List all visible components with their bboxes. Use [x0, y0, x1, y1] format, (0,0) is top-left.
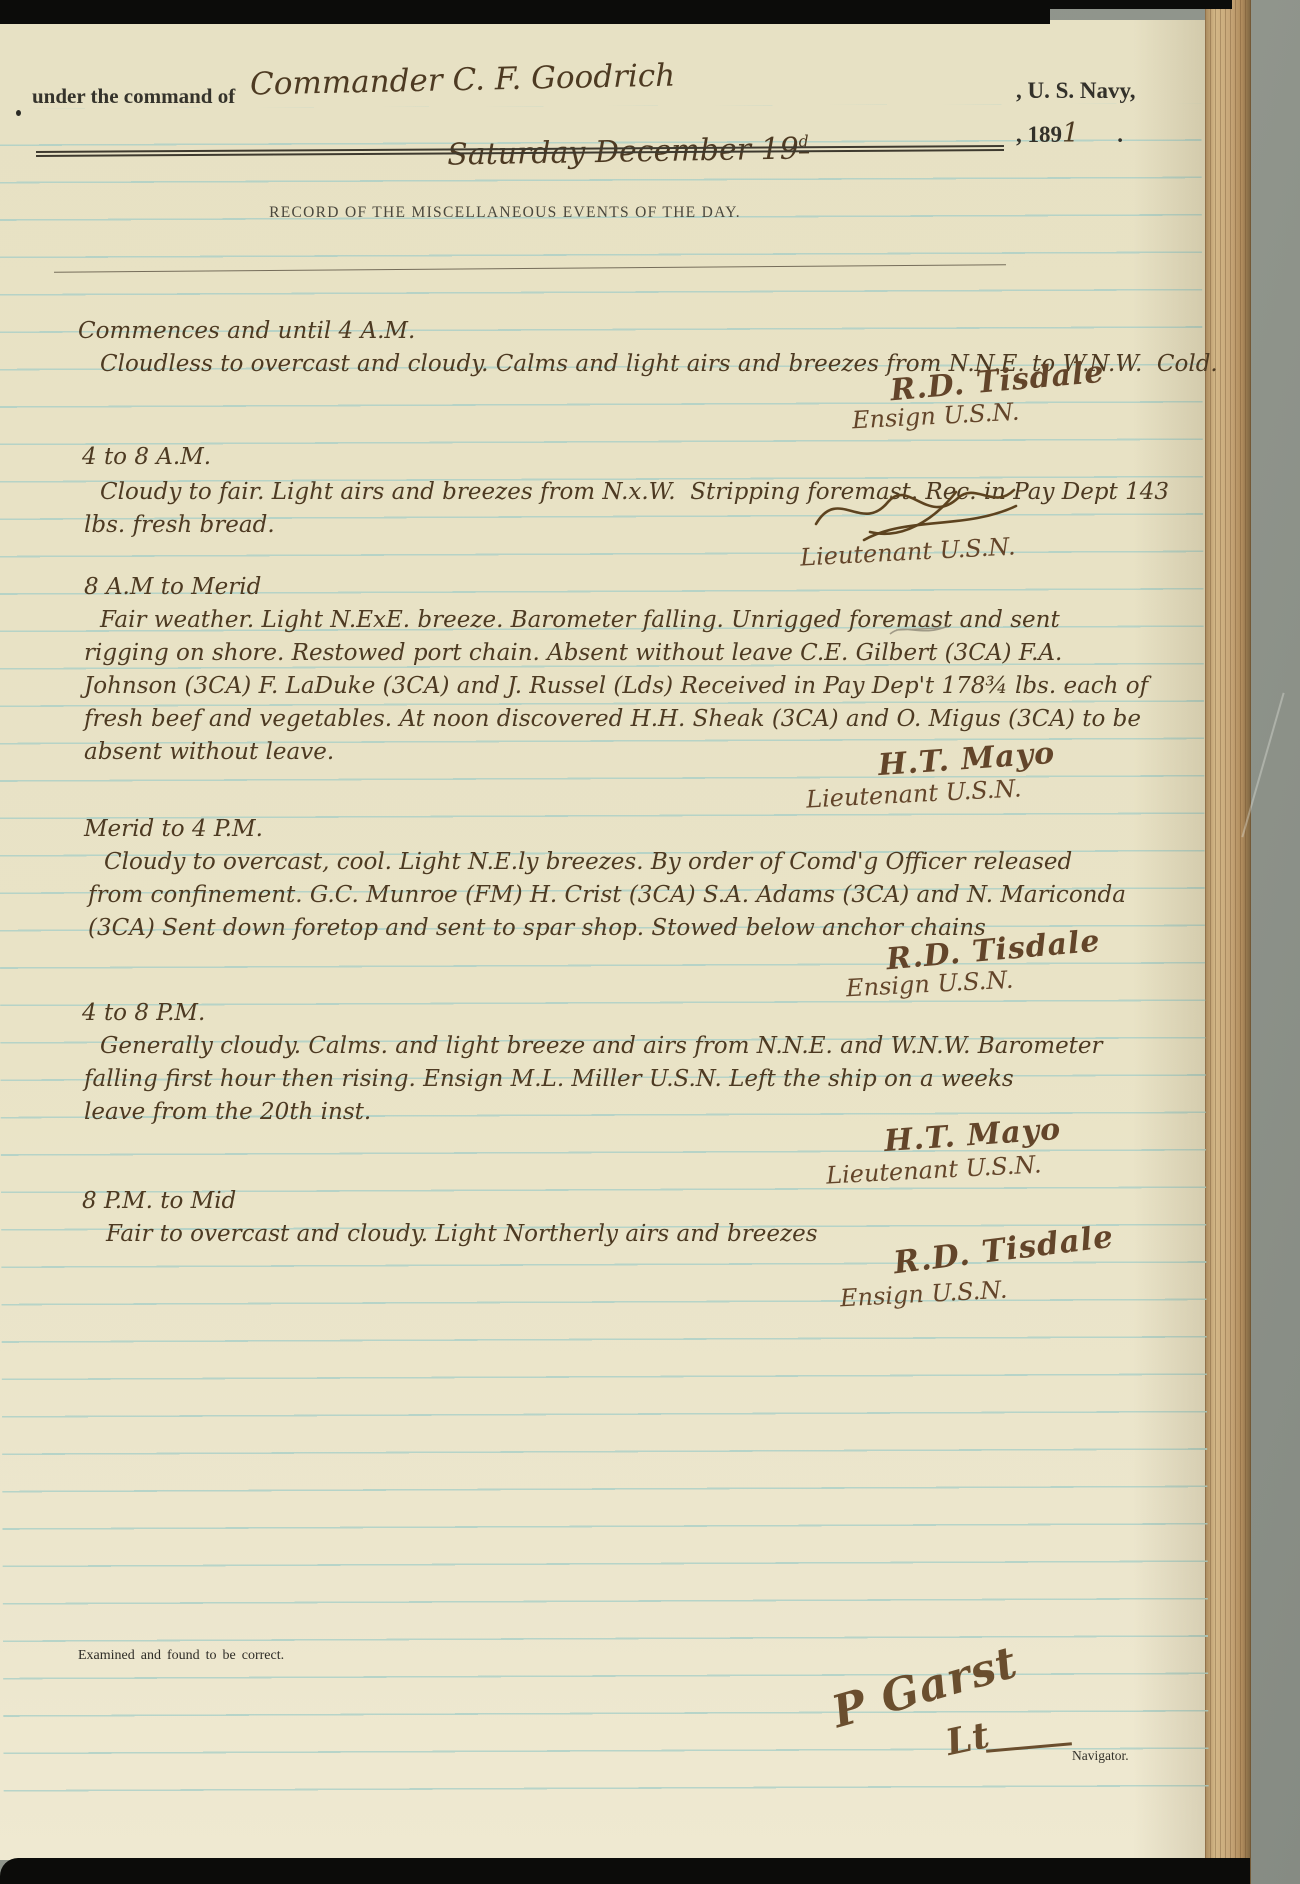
- entry-heading: Merid to 4 P.M.: [84, 816, 263, 842]
- preprinted-period: .: [1117, 122, 1123, 148]
- page-curl-shade: [1133, 20, 1205, 1860]
- entry-line: Generally cloudy. Calms. and light breez…: [100, 1030, 1103, 1063]
- navigator-label: Navigator.: [1072, 1748, 1129, 1764]
- preprinted-navy-label: , U. S. Navy,: [1016, 78, 1136, 104]
- examined-label: Examined and found to be correct.: [78, 1648, 284, 1664]
- ink-speck: [16, 110, 21, 116]
- entry-heading: 4 to 8 P.M.: [82, 1000, 205, 1026]
- top-black-strip: [0, 0, 1050, 24]
- log-page: under the command of Commander C. F. Goo…: [0, 20, 1205, 1860]
- year-digit-handwritten: 1: [1062, 118, 1079, 149]
- commander-name-handwritten: Commander C. F. Goodrich: [250, 58, 676, 103]
- pencil-scribble: [888, 620, 952, 642]
- navigator-signature-suffix: Lt: [942, 1714, 994, 1764]
- logbook-photo: under the command of Commander C. F. Goo…: [0, 0, 1300, 1884]
- entry-line: from confinement. G.C. Munroe (FM) H. Cr…: [88, 879, 1126, 912]
- entry-body: Generally cloudy. Calms. and light breez…: [84, 1030, 1103, 1129]
- book-page-edges: [1205, 0, 1251, 1884]
- entry-body: Fair to overcast and cloudy. Light North…: [90, 1218, 818, 1251]
- entry-heading: 8 P.M. to Mid: [82, 1188, 236, 1214]
- entry-heading: 8 A.M to Merid: [84, 574, 261, 600]
- bottom-black-strip: [0, 1858, 1250, 1884]
- entry-line: falling first hour then rising. Ensign M…: [84, 1063, 1103, 1096]
- entry-line: fresh beef and vegetables. At noon disco…: [84, 703, 1148, 736]
- entry-line: Cloudy to overcast, cool. Light N.E.ly b…: [104, 846, 1126, 879]
- entry-line: Johnson (3CA) F. LaDuke (3CA) and J. Rus…: [84, 670, 1148, 703]
- preprinted-year-label: , 189: [1016, 122, 1062, 148]
- entry-heading: Commences and until 4 A.M.: [78, 318, 415, 344]
- section-title: RECORD OF THE MISCELLANEOUS EVENTS OF TH…: [30, 204, 980, 222]
- entry-line: Fair to overcast and cloudy. Light North…: [106, 1218, 818, 1251]
- entry-line: rigging on shore. Restowed port chain. A…: [84, 637, 1148, 670]
- year-line: , 189 1 .: [1016, 118, 1123, 149]
- entry-line: Fair weather. Light N.ExE. breeze. Barom…: [100, 604, 1148, 637]
- top-black-strip-thin: [1050, 0, 1232, 9]
- preprinted-command-label: under the command of: [32, 84, 235, 109]
- entry-body: Cloudy to overcast, cool. Light N.E.ly b…: [88, 846, 1126, 945]
- entry-heading: 4 to 8 A.M.: [82, 444, 211, 470]
